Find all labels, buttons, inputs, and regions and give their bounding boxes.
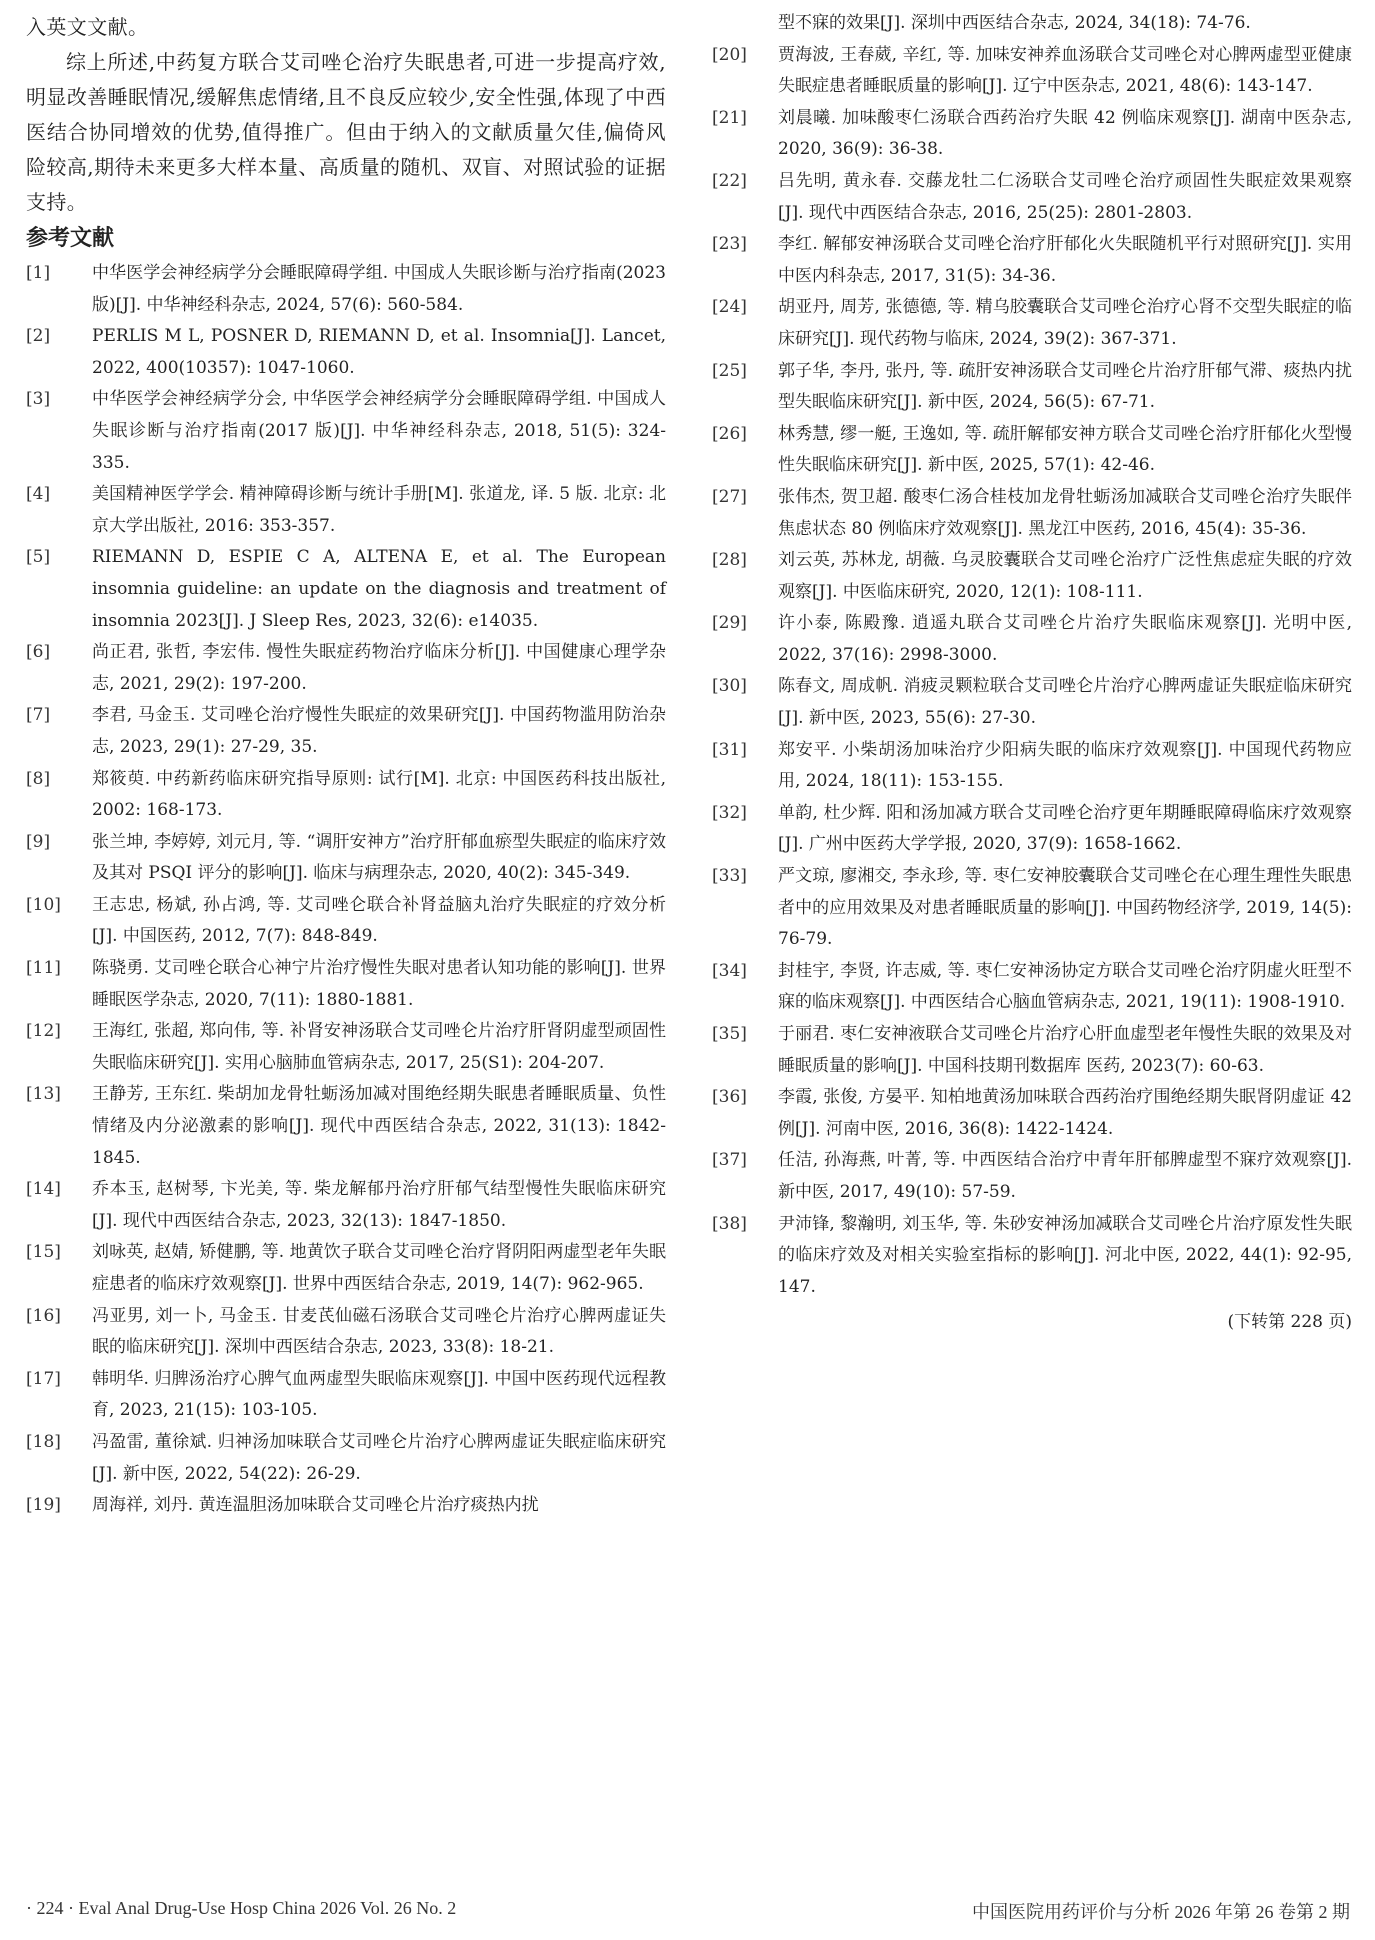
reference-text: 李君, 马金玉. 艾司唑仑治疗慢性失眠症的效果研究[J]. 中国药物滥用防治杂志… bbox=[92, 700, 666, 763]
reference-item: [22]吕先明, 黄永春. 交藤龙牡二仁汤联合艾司唑仑治疗顽固性失眠症效果观察[… bbox=[712, 166, 1352, 229]
reference-text: 李红. 解郁安神汤联合艾司唑仑治疗肝郁化火失眠随机平行对照研究[J]. 实用中医… bbox=[778, 229, 1352, 292]
reference-number: [36] bbox=[712, 1082, 778, 1145]
reference-number: [22] bbox=[712, 166, 778, 229]
reference-item: [10]王志忠, 杨斌, 孙占鸿, 等. 艾司唑仑联合补肾益脑丸治疗失眠症的疗效… bbox=[26, 890, 666, 953]
reference-number: [20] bbox=[712, 40, 778, 103]
reference-number: [6] bbox=[26, 637, 92, 700]
reference-item: [34]封桂宇, 李贤, 许志威, 等. 枣仁安神汤协定方联合艾司唑仑治疗阴虚火… bbox=[712, 956, 1352, 1019]
reference-number: [3] bbox=[26, 384, 92, 479]
reference-text: 冯亚男, 刘一卜, 马金玉. 甘麦芪仙磁石汤联合艾司唑仑片治疗心脾两虚证失眠的临… bbox=[92, 1301, 666, 1364]
reference-text: PERLIS M L, POSNER D, RIEMANN D, et al. … bbox=[92, 321, 666, 384]
reference-item: [16]冯亚男, 刘一卜, 马金玉. 甘麦芪仙磁石汤联合艾司唑仑片治疗心脾两虚证… bbox=[26, 1301, 666, 1364]
reference-text: 中华医学会神经病学分会睡眠障碍学组. 中国成人失眠诊断与治疗指南(2023 版)… bbox=[92, 258, 666, 321]
reference-text: 张兰坤, 李婷婷, 刘元月, 等. “调肝安神方”治疗肝郁血瘀型失眠症的临床疗效… bbox=[92, 827, 666, 890]
reference-number: [2] bbox=[26, 321, 92, 384]
page-footer-journal-zh: 中国医院用药评价与分析 2026 年第 26 卷第 2 期 bbox=[972, 1898, 1350, 1924]
reference-number: [7] bbox=[26, 700, 92, 763]
reference-number: [9] bbox=[26, 827, 92, 890]
reference-number: [10] bbox=[26, 890, 92, 953]
reference-item: [31]郑安平. 小柴胡汤加味治疗少阳病失眠的临床疗效观察[J]. 中国现代药物… bbox=[712, 735, 1352, 798]
reference-continuation: 型不寐的效果[J]. 深圳中西医结合杂志, 2024, 34(18): 74-7… bbox=[712, 8, 1352, 40]
body-paragraph: 入英文文献。 bbox=[26, 10, 666, 45]
reference-item: [2]PERLIS M L, POSNER D, RIEMANN D, et a… bbox=[26, 321, 666, 384]
reference-text: 吕先明, 黄永春. 交藤龙牡二仁汤联合艾司唑仑治疗顽固性失眠症效果观察[J]. … bbox=[778, 166, 1352, 229]
reference-text: 胡亚丹, 周芳, 张德德, 等. 精乌胶囊联合艾司唑仑治疗心肾不交型失眠症的临床… bbox=[778, 292, 1352, 355]
reference-text: 郑安平. 小柴胡汤加味治疗少阳病失眠的临床疗效观察[J]. 中国现代药物应用, … bbox=[778, 735, 1352, 798]
reference-text: 陈骁勇. 艾司唑仑联合心神宁片治疗慢性失眠对患者认知功能的影响[J]. 世界睡眠… bbox=[92, 953, 666, 1016]
reference-item: [5]RIEMANN D, ESPIE C A, ALTENA E, et al… bbox=[26, 542, 666, 637]
reference-text: 乔本玉, 赵树琴, 卞光美, 等. 柴龙解郁丹治疗肝郁气结型慢性失眠临床研究[J… bbox=[92, 1174, 666, 1237]
reference-item: [28]刘云英, 苏林龙, 胡薇. 乌灵胶囊联合艾司唑仑治疗广泛性焦虑症失眠的疗… bbox=[712, 545, 1352, 608]
reference-number: [12] bbox=[26, 1016, 92, 1079]
reference-text: 李霞, 张俊, 方晏平. 知柏地黄汤加味联合西药治疗围绝经期失眠肾阴虚证 42 … bbox=[778, 1082, 1352, 1145]
reference-item: [29]许小泰, 陈殿豫. 逍遥丸联合艾司唑仑片治疗失眠临床观察[J]. 光明中… bbox=[712, 608, 1352, 671]
reference-item: [17]韩明华. 归脾汤治疗心脾气血两虚型失眠临床观察[J]. 中国中医药现代远… bbox=[26, 1364, 666, 1427]
reference-item: [24]胡亚丹, 周芳, 张德德, 等. 精乌胶囊联合艾司唑仑治疗心肾不交型失眠… bbox=[712, 292, 1352, 355]
reference-text: 林秀慧, 缪一艇, 王逸如, 等. 疏肝解郁安神方联合艾司唑仑治疗肝郁化火型慢性… bbox=[778, 419, 1352, 482]
reference-number: [32] bbox=[712, 798, 778, 861]
reference-item: [19]周海祥, 刘丹. 黄连温胆汤加味联合艾司唑仑片治疗痰热内扰 bbox=[26, 1490, 666, 1522]
reference-item: [25]郭子华, 李丹, 张丹, 等. 疏肝安神汤联合艾司唑仑片治疗肝郁气滞、痰… bbox=[712, 356, 1352, 419]
reference-number: [17] bbox=[26, 1364, 92, 1427]
reference-item: [21]刘晨曦. 加味酸枣仁汤联合西药治疗失眠 42 例临床观察[J]. 湖南中… bbox=[712, 103, 1352, 166]
reference-item: [35]于丽君. 枣仁安神液联合艾司唑仑片治疗心肝血虚型老年慢性失眠的效果及对睡… bbox=[712, 1019, 1352, 1082]
reference-item: [8]郑筱萸. 中药新药临床研究指导原则: 试行[M]. 北京: 中国医药科技出… bbox=[26, 764, 666, 827]
reference-number: [16] bbox=[26, 1301, 92, 1364]
page-footer-journal-en: · 224 · Eval Anal Drug-Use Hosp China 20… bbox=[26, 1898, 456, 1919]
reference-number: [13] bbox=[26, 1079, 92, 1174]
reference-text: RIEMANN D, ESPIE C A, ALTENA E, et al. T… bbox=[92, 542, 666, 637]
reference-text: 尹沛锋, 黎瀚明, 刘玉华, 等. 朱砂安神汤加减联合艾司唑仑片治疗原发性失眠的… bbox=[778, 1209, 1352, 1304]
reference-number: [29] bbox=[712, 608, 778, 671]
reference-text: 贾海波, 王春葳, 辛红, 等. 加味安神养血汤联合艾司唑仑对心脾两虚型亚健康失… bbox=[778, 40, 1352, 103]
continued-on-page-note: (下转第 228 页) bbox=[712, 1307, 1352, 1338]
reference-number: [5] bbox=[26, 542, 92, 637]
reference-text: 刘云英, 苏林龙, 胡薇. 乌灵胶囊联合艾司唑仑治疗广泛性焦虑症失眠的疗效观察[… bbox=[778, 545, 1352, 608]
reference-number: [33] bbox=[712, 861, 778, 956]
reference-text: 严文琼, 廖湘交, 李永珍, 等. 枣仁安神胶囊联合艾司唑仑在心理生理性失眠患者… bbox=[778, 861, 1352, 956]
reference-text: 王海红, 张超, 郑向伟, 等. 补肾安神汤联合艾司唑仑片治疗肝肾阴虚型顽固性失… bbox=[92, 1016, 666, 1079]
reference-item: [26]林秀慧, 缪一艇, 王逸如, 等. 疏肝解郁安神方联合艾司唑仑治疗肝郁化… bbox=[712, 419, 1352, 482]
reference-item: [33]严文琼, 廖湘交, 李永珍, 等. 枣仁安神胶囊联合艾司唑仑在心理生理性… bbox=[712, 861, 1352, 956]
reference-item: [30]陈春文, 周成帆. 消疲灵颗粒联合艾司唑仑片治疗心脾两虚证失眠症临床研究… bbox=[712, 671, 1352, 734]
reference-item: [20]贾海波, 王春葳, 辛红, 等. 加味安神养血汤联合艾司唑仑对心脾两虚型… bbox=[712, 40, 1352, 103]
left-column: 入英文文献。 综上所述,中药复方联合艾司唑仑治疗失眠患者,可进一步提高疗效,明显… bbox=[26, 0, 666, 1522]
reference-number: [38] bbox=[712, 1209, 778, 1304]
reference-number: [4] bbox=[26, 479, 92, 542]
reference-item: [3]中华医学会神经病学分会, 中华医学会神经病学分会睡眠障碍学组. 中国成人失… bbox=[26, 384, 666, 479]
reference-text: 韩明华. 归脾汤治疗心脾气血两虚型失眠临床观察[J]. 中国中医药现代远程教育,… bbox=[92, 1364, 666, 1427]
reference-item: [4]美国精神医学学会. 精神障碍诊断与统计手册[M]. 张道龙, 译. 5 版… bbox=[26, 479, 666, 542]
reference-item: [9]张兰坤, 李婷婷, 刘元月, 等. “调肝安神方”治疗肝郁血瘀型失眠症的临… bbox=[26, 827, 666, 890]
reference-item: [18]冯盈雷, 董徐斌. 归神汤加味联合艾司唑仑片治疗心脾两虚证失眠症临床研究… bbox=[26, 1427, 666, 1490]
reference-number: [18] bbox=[26, 1427, 92, 1490]
reference-number: [19] bbox=[26, 1490, 92, 1522]
reference-item: [27]张伟杰, 贺卫超. 酸枣仁汤合桂枝加龙骨牡蛎汤加减联合艾司唑仑治疗失眠伴… bbox=[712, 482, 1352, 545]
reference-number: [31] bbox=[712, 735, 778, 798]
reference-item: [13]王静芳, 王东红. 柴胡加龙骨牡蛎汤加减对围绝经期失眠患者睡眠质量、负性… bbox=[26, 1079, 666, 1174]
reference-number: [24] bbox=[712, 292, 778, 355]
reference-number: [35] bbox=[712, 1019, 778, 1082]
reference-text: 刘咏英, 赵婧, 矫健鹏, 等. 地黄饮子联合艾司唑仑治疗肾阴阳两虚型老年失眠症… bbox=[92, 1237, 666, 1300]
reference-text: 中华医学会神经病学分会, 中华医学会神经病学分会睡眠障碍学组. 中国成人失眠诊断… bbox=[92, 384, 666, 479]
reference-text: 封桂宇, 李贤, 许志威, 等. 枣仁安神汤协定方联合艾司唑仑治疗阴虚火旺型不寐… bbox=[778, 956, 1352, 1019]
reference-item: [12]王海红, 张超, 郑向伟, 等. 补肾安神汤联合艾司唑仑片治疗肝肾阴虚型… bbox=[26, 1016, 666, 1079]
reference-item: [15]刘咏英, 赵婧, 矫健鹏, 等. 地黄饮子联合艾司唑仑治疗肾阴阳两虚型老… bbox=[26, 1237, 666, 1300]
reference-text: 周海祥, 刘丹. 黄连温胆汤加味联合艾司唑仑片治疗痰热内扰 bbox=[92, 1490, 666, 1522]
reference-text: 王志忠, 杨斌, 孙占鸿, 等. 艾司唑仑联合补肾益脑丸治疗失眠症的疗效分析[J… bbox=[92, 890, 666, 953]
reference-number: [23] bbox=[712, 229, 778, 292]
reference-text: 郭子华, 李丹, 张丹, 等. 疏肝安神汤联合艾司唑仑片治疗肝郁气滞、痰热内扰型… bbox=[778, 356, 1352, 419]
conclusion-paragraph: 综上所述,中药复方联合艾司唑仑治疗失眠患者,可进一步提高疗效,明显改善睡眠情况,… bbox=[26, 45, 666, 220]
reference-text: 于丽君. 枣仁安神液联合艾司唑仑片治疗心肝血虚型老年慢性失眠的效果及对睡眠质量的… bbox=[778, 1019, 1352, 1082]
reference-text: 单韵, 杜少辉. 阳和汤加减方联合艾司唑仑治疗更年期睡眠障碍临床疗效观察[J].… bbox=[778, 798, 1352, 861]
reference-item: [11]陈骁勇. 艾司唑仑联合心神宁片治疗慢性失眠对患者认知功能的影响[J]. … bbox=[26, 953, 666, 1016]
reference-item: [32]单韵, 杜少辉. 阳和汤加减方联合艾司唑仑治疗更年期睡眠障碍临床疗效观察… bbox=[712, 798, 1352, 861]
reference-number: [1] bbox=[26, 258, 92, 321]
reference-text: 尚正君, 张哲, 李宏伟. 慢性失眠症药物治疗临床分析[J]. 中国健康心理学杂… bbox=[92, 637, 666, 700]
reference-text: 美国精神医学学会. 精神障碍诊断与统计手册[M]. 张道龙, 译. 5 版. 北… bbox=[92, 479, 666, 542]
reference-number: [37] bbox=[712, 1145, 778, 1208]
reference-number: [34] bbox=[712, 956, 778, 1019]
reference-number: [25] bbox=[712, 356, 778, 419]
reference-number: [15] bbox=[26, 1237, 92, 1300]
reference-text: 任洁, 孙海燕, 叶菁, 等. 中西医结合治疗中青年肝郁脾虚型不寐疗效观察[J]… bbox=[778, 1145, 1352, 1208]
reference-text: 张伟杰, 贺卫超. 酸枣仁汤合桂枝加龙骨牡蛎汤加减联合艾司唑仑治疗失眠伴焦虑状态… bbox=[778, 482, 1352, 545]
reference-number: [21] bbox=[712, 103, 778, 166]
reference-number: [26] bbox=[712, 419, 778, 482]
reference-text: 许小泰, 陈殿豫. 逍遥丸联合艾司唑仑片治疗失眠临床观察[J]. 光明中医, 2… bbox=[778, 608, 1352, 671]
reference-text: 冯盈雷, 董徐斌. 归神汤加味联合艾司唑仑片治疗心脾两虚证失眠症临床研究[J].… bbox=[92, 1427, 666, 1490]
reference-text: 陈春文, 周成帆. 消疲灵颗粒联合艾司唑仑片治疗心脾两虚证失眠症临床研究[J].… bbox=[778, 671, 1352, 734]
reference-item: [36]李霞, 张俊, 方晏平. 知柏地黄汤加味联合西药治疗围绝经期失眠肾阴虚证… bbox=[712, 1082, 1352, 1145]
reference-text: 王静芳, 王东红. 柴胡加龙骨牡蛎汤加减对围绝经期失眠患者睡眠质量、负性情绪及内… bbox=[92, 1079, 666, 1174]
reference-item: [1]中华医学会神经病学分会睡眠障碍学组. 中国成人失眠诊断与治疗指南(2023… bbox=[26, 258, 666, 321]
reference-item: [38]尹沛锋, 黎瀚明, 刘玉华, 等. 朱砂安神汤加减联合艾司唑仑片治疗原发… bbox=[712, 1209, 1352, 1304]
reference-number: [8] bbox=[26, 764, 92, 827]
reference-number: [30] bbox=[712, 671, 778, 734]
reference-number: [14] bbox=[26, 1174, 92, 1237]
reference-text: 郑筱萸. 中药新药临床研究指导原则: 试行[M]. 北京: 中国医药科技出版社,… bbox=[92, 764, 666, 827]
reference-item: [23]李红. 解郁安神汤联合艾司唑仑治疗肝郁化火失眠随机平行对照研究[J]. … bbox=[712, 229, 1352, 292]
reference-number: [27] bbox=[712, 482, 778, 545]
reference-number: [11] bbox=[26, 953, 92, 1016]
references-heading: 参考文献 bbox=[26, 222, 666, 256]
reference-number: [28] bbox=[712, 545, 778, 608]
reference-item: [7]李君, 马金玉. 艾司唑仑治疗慢性失眠症的效果研究[J]. 中国药物滥用防… bbox=[26, 700, 666, 763]
reference-item: [6]尚正君, 张哲, 李宏伟. 慢性失眠症药物治疗临床分析[J]. 中国健康心… bbox=[26, 637, 666, 700]
reference-item: [14]乔本玉, 赵树琴, 卞光美, 等. 柴龙解郁丹治疗肝郁气结型慢性失眠临床… bbox=[26, 1174, 666, 1237]
reference-text: 刘晨曦. 加味酸枣仁汤联合西药治疗失眠 42 例临床观察[J]. 湖南中医杂志,… bbox=[778, 103, 1352, 166]
right-column: 型不寐的效果[J]. 深圳中西医结合杂志, 2024, 34(18): 74-7… bbox=[712, 0, 1352, 1338]
reference-item: [37]任洁, 孙海燕, 叶菁, 等. 中西医结合治疗中青年肝郁脾虚型不寐疗效观… bbox=[712, 1145, 1352, 1208]
